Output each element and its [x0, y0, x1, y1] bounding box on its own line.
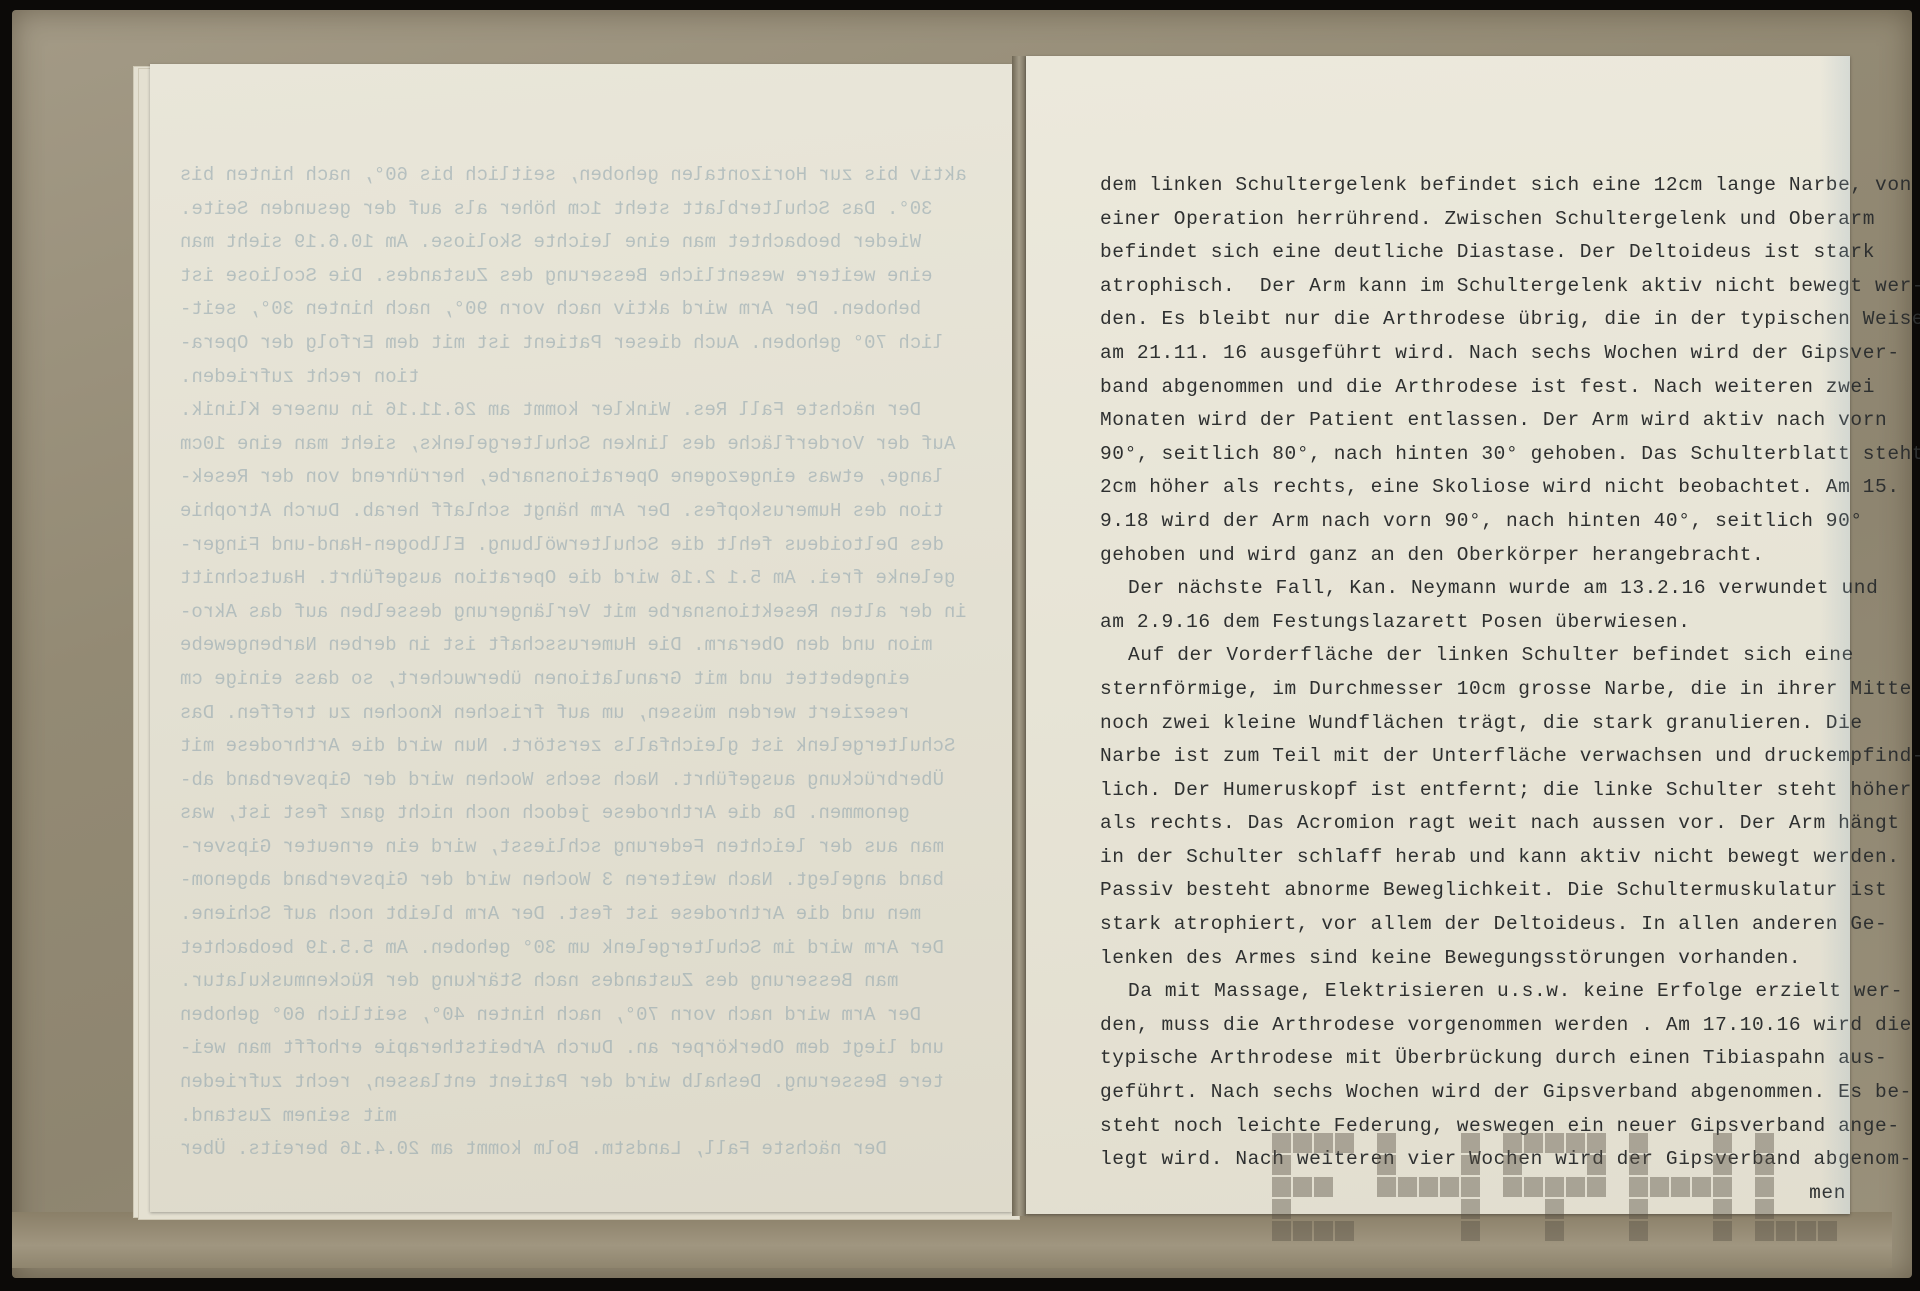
- logo-pixel: [1419, 1177, 1438, 1197]
- logo-pixel: [1566, 1133, 1585, 1153]
- ghost-line: aktiv bis zur Horizontalen gehoben, seit…: [180, 159, 980, 193]
- text-line: steht noch leichte Federung, weswegen ei…: [1100, 1110, 1860, 1144]
- ghost-line: tion recht zufrieden.: [180, 361, 980, 395]
- ghost-line: mion und den Oberarm. Die Humerusschaft …: [180, 629, 980, 663]
- ghost-line: men und die Arthrodese ist fest. Der Arm…: [180, 898, 980, 932]
- text-line: atrophisch. Der Arm kann im Schultergele…: [1100, 270, 1860, 304]
- logo-pixel: [1755, 1177, 1774, 1197]
- text-line: einer Operation herrührend. Zwischen Sch…: [1100, 203, 1860, 237]
- logo-pixel: [1629, 1133, 1648, 1153]
- logo-pixel: [1524, 1133, 1543, 1153]
- text-line: lenken des Armes sind keine Bewegungsstö…: [1100, 942, 1860, 976]
- text-line: geführt. Nach sechs Wochen wird der Gips…: [1100, 1076, 1860, 1110]
- text-line: band abgenommen und die Arthrodese ist f…: [1100, 371, 1860, 405]
- ghost-line: lich 70° gehoben. Auch dieser Patient is…: [180, 327, 980, 361]
- logo-pixel: [1629, 1199, 1648, 1219]
- logo-pixel: [1776, 1221, 1795, 1241]
- logo-pixel: [1377, 1155, 1396, 1175]
- ghost-line: genommen. Da die Arthrodese jedoch noch …: [180, 797, 980, 831]
- show-through-text: aktiv bis zur Horizontalen gehoben, seit…: [180, 159, 980, 1167]
- logo-pixel: [1713, 1177, 1732, 1197]
- logo-pixel: [1377, 1177, 1396, 1197]
- right-page: dem linken Schultergelenk befindet sich …: [1026, 56, 1850, 1214]
- text-line: gehoben und wird ganz an den Oberkörper …: [1100, 539, 1860, 573]
- logo-pixel: [1314, 1133, 1333, 1153]
- logo-pixel: [1545, 1199, 1564, 1219]
- logo-pixel: [1272, 1155, 1291, 1175]
- logo-pixel: [1461, 1221, 1480, 1241]
- logo-pixel: [1272, 1199, 1291, 1219]
- logo-pixel: [1545, 1177, 1564, 1197]
- ghost-line: Wieder beobachtet man eine leichte Skoli…: [180, 226, 980, 260]
- ghost-line: eine weitere wesentliche Besserung des Z…: [180, 260, 980, 294]
- logo-pixel: [1629, 1221, 1648, 1241]
- ghost-line: Der Arm wird nach vorn 70°, nach hinten …: [180, 999, 980, 1033]
- logo-pixel: [1272, 1221, 1291, 1241]
- ghost-line: behoben. Der Arm wird aktiv nach vorn 90…: [180, 293, 980, 327]
- logo-pixel: [1461, 1133, 1480, 1153]
- logo-pixel: [1755, 1199, 1774, 1219]
- logo-pixel: [1293, 1177, 1312, 1197]
- logo-pixel: [1629, 1177, 1648, 1197]
- ghost-line: Der nächste Fall, Landstm. Bolm kommt am…: [180, 1133, 980, 1167]
- logo-pixel: [1629, 1155, 1648, 1175]
- logo-pixel: [1272, 1177, 1291, 1197]
- text-line: befindet sich eine deutliche Diastase. D…: [1100, 236, 1860, 270]
- ghost-line: des Deltoideus fehlt die Schulterwölbung…: [180, 529, 980, 563]
- text-line: 9.18 wird der Arm nach vorn 90°, nach hi…: [1100, 505, 1860, 539]
- logo-pixel: [1587, 1177, 1606, 1197]
- ghost-line: 30°. Das Schulterblatt steht 1cm höher a…: [180, 193, 980, 227]
- text-line: Der nächste Fall, Kan. Neymann wurde am …: [1100, 572, 1860, 606]
- logo-pixel: [1503, 1177, 1522, 1197]
- folder-bottom-edge: [12, 1212, 1892, 1268]
- logo-pixel: [1461, 1199, 1480, 1219]
- text-line: in der Schulter schlaff herab und kann a…: [1100, 841, 1860, 875]
- logo-pixel: [1335, 1221, 1354, 1241]
- logo-pixel: [1335, 1133, 1354, 1153]
- logo-pixel: [1818, 1221, 1837, 1241]
- ghost-line: reseziert werden müssen, um auf frischen…: [180, 697, 980, 731]
- ghost-line: und liegt dem Oberkörper an. Durch Arbei…: [180, 1032, 980, 1066]
- text-line: sternförmige, im Durchmesser 10cm grosse…: [1100, 673, 1860, 707]
- text-line: noch zwei kleine Wundflächen trägt, die …: [1100, 707, 1860, 741]
- ghost-line: man Besserung des Zustandes nach Stärkun…: [180, 965, 980, 999]
- text-line: men: [1100, 1177, 1860, 1211]
- text-line: als rechts. Das Acromion ragt weit nach …: [1100, 807, 1860, 841]
- ghost-line: gelenke frei. Am 5.1 2.16 wird die Opera…: [180, 562, 980, 596]
- ghost-line: lange, etwas eingezogene Operationsnarbe…: [180, 461, 980, 495]
- text-line: am 21.11. 16 ausgeführt wird. Nach sechs…: [1100, 337, 1860, 371]
- logo-pixel: [1587, 1155, 1606, 1175]
- text-line: 2cm höher als rechts, eine Skoliose wird…: [1100, 471, 1860, 505]
- text-line: Narbe ist zum Teil mit der Unterfläche v…: [1100, 740, 1860, 774]
- ghost-line: Schultergelenk ist gleichfalls zerstört.…: [180, 730, 980, 764]
- logo-pixel: [1524, 1177, 1543, 1197]
- typewritten-body: dem linken Schultergelenk befindet sich …: [1100, 169, 1860, 1210]
- text-line: den, muss die Arthrodese vorgenommen wer…: [1100, 1009, 1860, 1043]
- logo-pixel: [1398, 1177, 1417, 1197]
- logo-pixel: [1545, 1133, 1564, 1153]
- text-line: legt wird. Nach weiteren vier Wochen wir…: [1100, 1143, 1860, 1177]
- text-line: Auf der Vorderfläche der linken Schulter…: [1100, 639, 1860, 673]
- ghost-line: Der nächste Fall Res. Winkler kommt am 2…: [180, 394, 980, 428]
- logo-pixel: [1503, 1133, 1522, 1153]
- text-line: Passiv besteht abnorme Beweglichkeit. Di…: [1100, 874, 1860, 908]
- text-line: stark atrophiert, vor allem der Deltoide…: [1100, 908, 1860, 942]
- logo-pixel: [1377, 1133, 1396, 1153]
- text-line: am 2.9.16 dem Festungslazarett Posen übe…: [1100, 606, 1860, 640]
- page-gutter: [1012, 56, 1026, 1216]
- logo-pixel: [1461, 1177, 1480, 1197]
- text-line: Da mit Massage, Elektrisieren u.s.w. kei…: [1100, 975, 1860, 1009]
- ghost-line: eingebettet und mit Granulationen überwu…: [180, 663, 980, 697]
- logo-pixel: [1755, 1221, 1774, 1241]
- logo-pixel: [1713, 1199, 1732, 1219]
- logo-pixel: [1692, 1177, 1711, 1197]
- logo-pixel: [1650, 1177, 1669, 1197]
- logo-pixel: [1314, 1177, 1333, 1197]
- logo-pixel: [1503, 1155, 1522, 1175]
- ghost-line: Überbrückung ausgeführt. Nach sechs Woch…: [180, 764, 980, 798]
- text-line: 90°, seitlich 80°, nach hinten 30° gehob…: [1100, 438, 1860, 472]
- logo-pixel: [1293, 1133, 1312, 1153]
- logo-pixel: [1797, 1221, 1816, 1241]
- logo-pixel: [1713, 1155, 1732, 1175]
- text-line: den. Es bleibt nur die Arthrodese übrig,…: [1100, 303, 1860, 337]
- text-line: dem linken Schultergelenk befindet sich …: [1100, 169, 1860, 203]
- logo-pixel: [1545, 1221, 1564, 1241]
- logo-pixel: [1671, 1177, 1690, 1197]
- ghost-line: tion des Humeruskopfes. Der Arm hängt sc…: [180, 495, 980, 529]
- logo-pixel: [1566, 1177, 1585, 1197]
- ghost-line: band angelegt. Nach weiteren 3 Wochen wi…: [180, 864, 980, 898]
- text-line: Monaten wird der Patient entlassen. Der …: [1100, 404, 1860, 438]
- logo-pixel: [1293, 1221, 1312, 1241]
- ghost-line: Auf der Vorderfläche des linken Schulter…: [180, 428, 980, 462]
- text-line: typische Arthrodese mit Überbrückung dur…: [1100, 1042, 1860, 1076]
- text-line: lich. Der Humeruskopf ist entfernt; die …: [1100, 774, 1860, 808]
- logo-pixel: [1713, 1221, 1732, 1241]
- ghost-line: Der Arm wird im Schultergelenk um 30° ge…: [180, 932, 980, 966]
- ghost-line: in der alten Resektionsnarbe mit Verläng…: [180, 596, 980, 630]
- logo-pixel: [1272, 1133, 1291, 1153]
- logo-pixel: [1713, 1133, 1732, 1153]
- logo-pixel: [1755, 1133, 1774, 1153]
- logo-pixel: [1587, 1133, 1606, 1153]
- logo-pixel: [1440, 1177, 1459, 1197]
- logo-pixel: [1461, 1155, 1480, 1175]
- ghost-line: tere Besserung. Deshalb wird der Patient…: [180, 1066, 980, 1100]
- logo-pixel: [1755, 1155, 1774, 1175]
- logo-pixel: [1314, 1221, 1333, 1241]
- left-page: aktiv bis zur Horizontalen gehoben, seit…: [150, 64, 1012, 1212]
- ghost-line: mit seinem Zustand.: [180, 1100, 980, 1134]
- ghost-line: man aus der leichten Federung schliesst,…: [180, 831, 980, 865]
